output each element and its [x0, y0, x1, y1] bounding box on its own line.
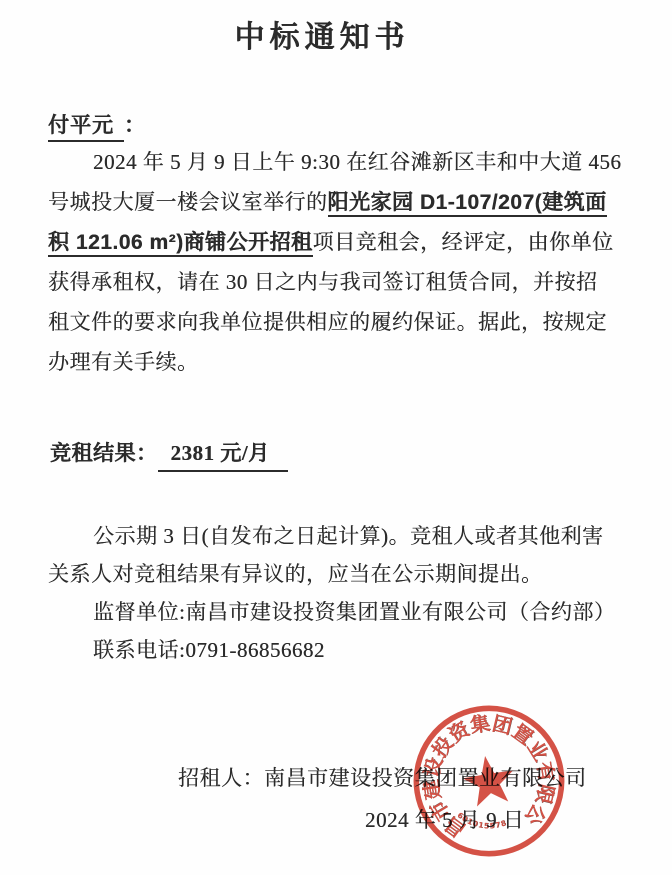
lessor-line: 招租人：南昌市建设投资集团置业有限公司 — [178, 757, 587, 799]
body-line: 号城投大厦一楼会议室举行的阳光家园 D1-107/207(建筑面 — [48, 182, 636, 222]
salutation: 付平元： — [48, 109, 146, 142]
bid-result-value: 2381 元/月 — [158, 437, 288, 472]
body-line: 公示期 3 日(自发布之日起计算)。竞租人或者其他利害 — [48, 517, 636, 555]
body-line: 办理有关手续。 — [48, 342, 636, 382]
date-line: 2024 年 5 月 9 日 — [365, 799, 587, 841]
body-line: 获得承租权，请在 30 日之内与我司签订租赁合同，并按招 — [48, 262, 636, 302]
contact-phone-line: 联系电话:0791-86856682 — [48, 631, 636, 669]
document-title: 中标通知书 — [0, 12, 644, 56]
bid-result-label: 竞租结果： — [50, 442, 158, 465]
salutation-colon: ： — [124, 113, 146, 137]
scanned-notice-page: 中标通知书 付平元： 2024 年 5 月 9 日上午 9:30 在红谷滩新区丰… — [0, 0, 672, 875]
signature-block: 招租人：南昌市建设投资集团置业有限公司 2024 年 5 月 9 日 — [178, 757, 587, 841]
body-line: 租文件的要求向我单位提供相应的履约保证。据此，按规定 — [48, 302, 636, 342]
project-name-emphasis: 阳光家园 D1-107/207(建筑面 — [328, 191, 607, 217]
supervisor-unit-line: 监督单位:南昌市建设投资集团置业有限公司（合约部） — [48, 593, 636, 631]
bid-result-line: 竞租结果：2381 元/月 — [50, 437, 288, 472]
body-line: 积 121.06 m²)商铺公开招租项目竞租会，经评定，由你单位 — [48, 222, 636, 262]
body-paragraph-publicity: 公示期 3 日(自发布之日起计算)。竞租人或者其他利害 关系人对竞租结果有异议的… — [48, 517, 636, 669]
addressee-name: 付平元 — [48, 109, 124, 142]
body-line: 关系人对竞租结果有异议的，应当在公示期间提出。 — [48, 555, 636, 593]
project-name-emphasis: 积 121.06 m²)商铺公开招租 — [48, 231, 313, 257]
body-paragraph-award: 2024 年 5 月 9 日上午 9:30 在红谷滩新区丰和中大道 456 号城… — [48, 142, 636, 382]
body-line: 2024 年 5 月 9 日上午 9:30 在红谷滩新区丰和中大道 456 — [48, 142, 636, 182]
body-run: 项目竞租会，经评定，由你单位 — [313, 230, 614, 254]
body-run: 号城投大厦一楼会议室举行的 — [48, 190, 328, 214]
